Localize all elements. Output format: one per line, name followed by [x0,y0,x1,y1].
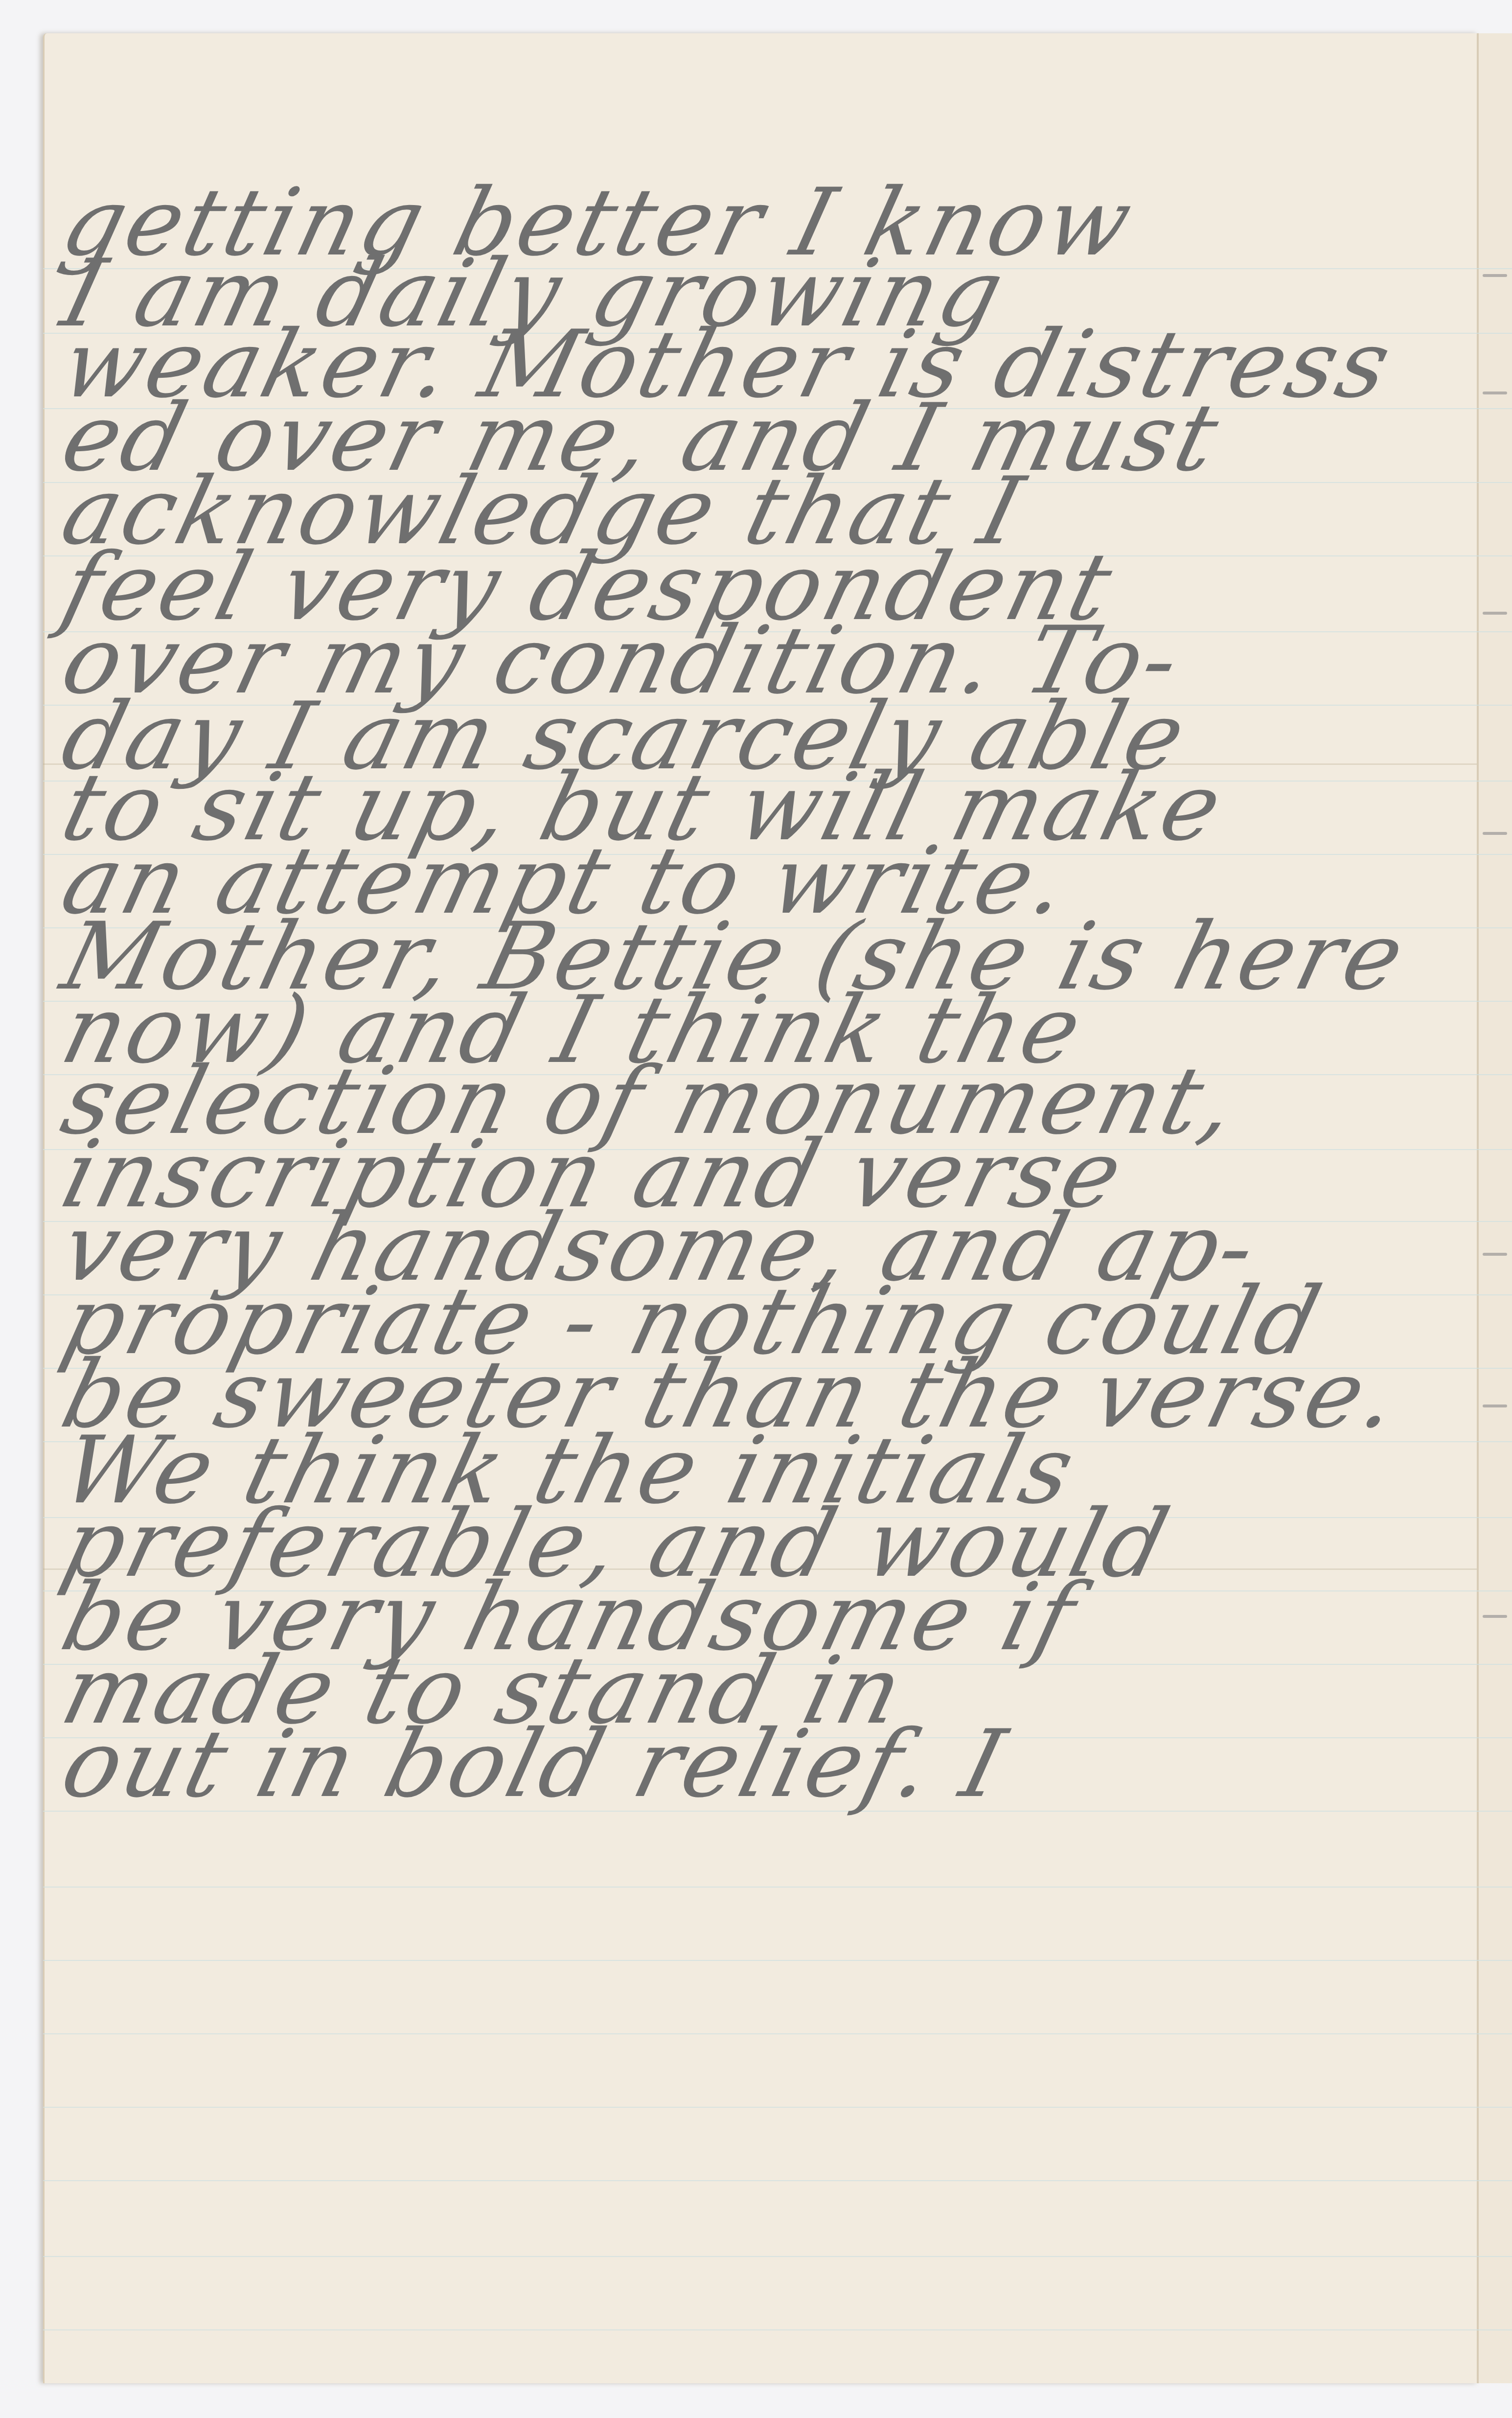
ruled-line [43,2180,1512,2181]
ruled-line [43,2107,1512,2108]
ruled-line [43,2256,1512,2257]
adjacent-page-stroke [1483,1253,1507,1256]
ruled-line [43,2033,1512,2034]
handwritten-line: out in bold relief. I [54,1718,1486,1811]
adjacent-page-stroke [1483,1405,1507,1407]
adjacent-page-stroke [1483,1615,1507,1618]
adjacent-page-stroke [1483,391,1507,394]
adjacent-page-stroke [1483,274,1507,277]
ruled-line [43,2329,1512,2330]
adjacent-page-stroke [1483,612,1507,615]
adjacent-page-stroke [1483,832,1507,835]
ruled-line [43,1960,1512,1961]
ruled-line [43,1887,1512,1888]
